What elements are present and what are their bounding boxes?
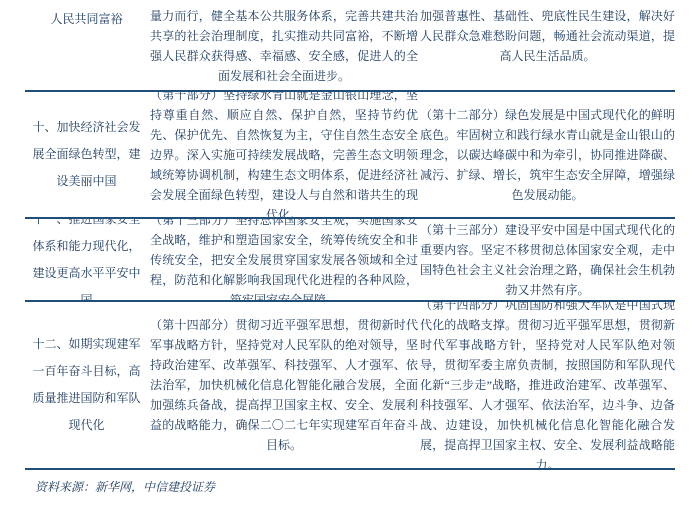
policy-comparison-table: 人民共同富裕 量力而行，健全基本公共服务体系，完善共建共治共享的社会治理制度，扎… xyxy=(25,0,675,470)
table-row: 十二、如期实现建军一百年奋斗目标，高质量推进国防和军队现代化 （第十四部分）贯彻… xyxy=(25,302,675,470)
row-header-cell: 十、加快经济社会发展全面绿色转型，建设美丽中国 xyxy=(25,114,148,195)
source-note: 资料来源：新华网，中信建投证券 xyxy=(35,478,215,495)
table-row: 十、加快经济社会发展全面绿色转型，建设美丽中国 （第十部分）坚持绿水青山就是金山… xyxy=(25,92,675,219)
middle-text-cell: （第十三部分）坚持总体国家安全观，实施国家安全战略，维护和塑造国家安全，统筹传统… xyxy=(150,219,418,302)
middle-text-cell: （第十部分）坚持绿水青山就是金山银山理念，坚持尊重自然、顺应自然、保护自然，坚持… xyxy=(150,92,418,219)
row-header-cell: 人民共同富裕 xyxy=(25,6,148,33)
middle-text-cell: 量力而行，健全基本公共服务体系，完善共建共治共享的社会治理制度，扎实推动共同富裕… xyxy=(150,6,418,86)
table-row: 人民共同富裕 量力而行，健全基本公共服务体系，完善共建共治共享的社会治理制度，扎… xyxy=(25,0,675,92)
row-header-cell: 十二、如期实现建军一百年奋斗目标，高质量推进国防和军队现代化 xyxy=(25,331,148,439)
report-page: 人民共同富裕 量力而行，健全基本公共服务体系，完善共建共治共享的社会治理制度，扎… xyxy=(0,0,700,509)
row-header-cell: 十一、推进国家安全体系和能力现代化，建设更高水平平安中国 xyxy=(25,219,148,302)
right-text-cell: （第十四部分）巩固国防和强大军队是中国式现代化的战略支撑。贯彻习近平强军思想，贯… xyxy=(420,302,675,470)
right-text-cell: （第十三部分）建设平安中国是中国式现代化的重要内容。坚定不移贯彻总体国家安全观，… xyxy=(420,220,675,300)
table-row: 十一、推进国家安全体系和能力现代化，建设更高水平平安中国 （第十三部分）坚持总体… xyxy=(25,219,675,302)
right-text-cell: 加强普惠性、基础性、兜底性民生建设，解决好人民群众急难愁盼问题，畅通社会流动渠道… xyxy=(420,6,675,66)
middle-text-cell: （第十四部分）贯彻习近平强军思想，贯彻新时代军事战略方针，坚持党对人民军队的绝对… xyxy=(150,315,418,455)
right-text-cell: （第十二部分）绿色发展是中国式现代化的鲜明底色。牢固树立和践行绿水青山就是金山银… xyxy=(420,105,675,205)
